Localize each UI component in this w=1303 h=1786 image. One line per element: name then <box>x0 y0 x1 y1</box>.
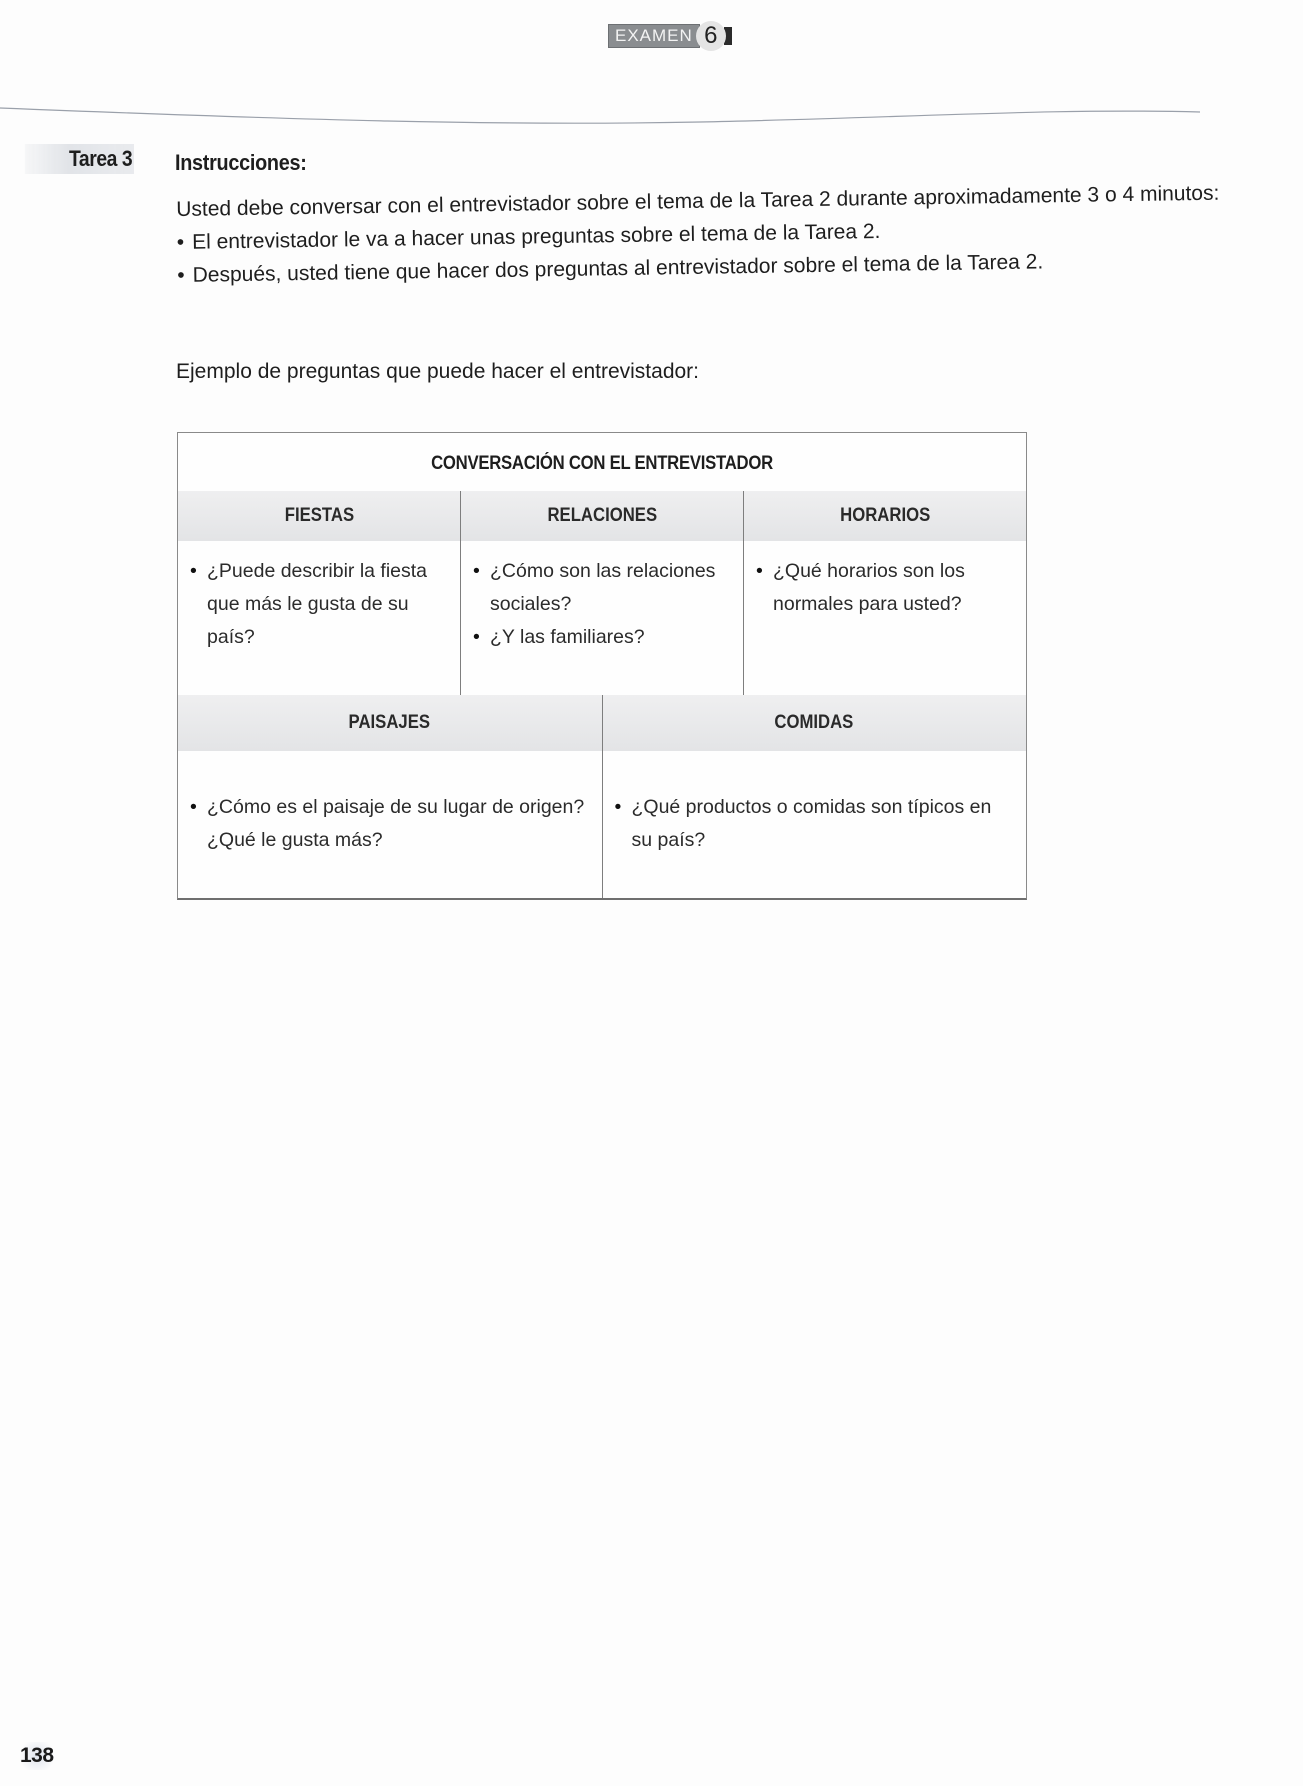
conversation-table: CONVERSACIÓN CON EL ENTREVISTADOR FIESTA… <box>177 432 1027 900</box>
section-heading: PAISAJES <box>178 695 602 751</box>
table-row: PAISAJES ¿Cómo es el paisaje de su lugar… <box>178 695 1026 898</box>
section-heading-text: HORARIOS <box>840 491 930 541</box>
question-item: ¿Qué productos o comidas son típicos en … <box>615 791 1017 857</box>
table-row: FIESTAS ¿Puede describir la fiesta que m… <box>178 491 1026 695</box>
question-list: ¿Puede describir la fiesta que más le gu… <box>190 555 450 654</box>
section-heading-text: COMIDAS <box>775 695 854 751</box>
exam-badge: EXAMEN 6 <box>608 24 732 48</box>
section-questions: ¿Qué productos o comidas son típicos en … <box>603 751 1027 857</box>
section-heading-text: RELACIONES <box>547 491 657 541</box>
section-heading: COMIDAS <box>603 695 1027 751</box>
question-item: ¿Qué horarios son los normales para uste… <box>756 555 1016 621</box>
question-item: ¿Cómo es el paisaje de su lugar de orige… <box>190 791 592 857</box>
question-item: ¿Cómo son las relaciones sociales? <box>473 555 733 621</box>
section-heading-text: PAISAJES <box>349 695 430 751</box>
section-heading: FIESTAS <box>178 491 460 541</box>
table-title: CONVERSACIÓN CON EL ENTREVISTADOR <box>229 453 975 475</box>
page-number: 138 <box>16 1742 58 1770</box>
question-list: ¿Qué horarios son los normales para uste… <box>756 555 1016 621</box>
section-questions: ¿Cómo es el paisaje de su lugar de orige… <box>178 751 602 857</box>
question-list: ¿Cómo son las relaciones sociales? ¿Y la… <box>473 555 733 654</box>
instructions-body: Usted debe conversar con el entrevistado… <box>176 176 1237 292</box>
question-list: ¿Cómo es el paisaje de su lugar de orige… <box>190 791 592 857</box>
section-heading: HORARIOS <box>744 491 1026 541</box>
section-questions: ¿Cómo son las relaciones sociales? ¿Y la… <box>461 541 743 654</box>
section-relaciones: RELACIONES ¿Cómo son las relaciones soci… <box>460 491 743 695</box>
question-item: ¿Y las familiares? <box>473 621 733 654</box>
instructions-title: Instrucciones: <box>175 150 307 176</box>
section-comidas: COMIDAS ¿Qué productos o comidas son típ… <box>602 695 1027 898</box>
example-intro: Ejemplo de preguntas que puede hacer el … <box>176 360 699 384</box>
task-label: Tarea 3 <box>25 144 134 174</box>
question-item: ¿Puede describir la fiesta que más le gu… <box>190 555 450 654</box>
section-fiestas: FIESTAS ¿Puede describir la fiesta que m… <box>178 491 460 695</box>
section-questions: ¿Puede describir la fiesta que más le gu… <box>178 541 460 654</box>
section-questions: ¿Qué horarios son los normales para uste… <box>744 541 1026 621</box>
header-divider <box>0 100 1303 130</box>
section-horarios: HORARIOS ¿Qué horarios son los normales … <box>743 491 1026 695</box>
exam-label: EXAMEN <box>608 24 700 48</box>
section-heading: RELACIONES <box>461 491 743 541</box>
exam-number: 6 <box>696 21 726 51</box>
section-paisajes: PAISAJES ¿Cómo es el paisaje de su lugar… <box>178 695 602 898</box>
section-heading-text: FIESTAS <box>284 491 353 541</box>
question-list: ¿Qué productos o comidas son típicos en … <box>615 791 1017 857</box>
